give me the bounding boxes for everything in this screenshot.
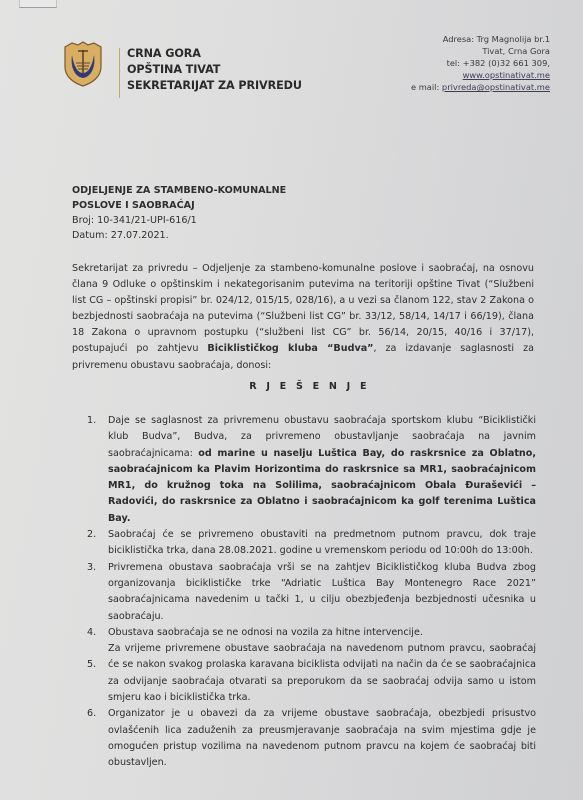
item-number: 5. [87, 657, 96, 673]
decision-item: 3. Privremena obustava saobraćaja vrši s… [87, 560, 536, 625]
item-text: Za vrijeme privremene obustave saobraćaj… [108, 643, 536, 703]
item-number: 3. [87, 560, 96, 576]
item-route-text: od marine u naselju Luštica Bay, do rask… [108, 448, 536, 524]
coat-of-arms-icon [62, 41, 104, 87]
phone-line: tel: +382 (0)32 661 309, [411, 57, 550, 69]
decision-item: 4. Obustava saobraćaja se ne odnosi na v… [87, 625, 536, 641]
document-meta: ODJELJENJE ZA STAMBENO-KOMUNALNE POSLOVE… [72, 183, 286, 243]
secretariat-name: SEKRETARIJAT ZA PRIVREDU [127, 78, 302, 94]
item-text: Saobraćaj će se privremeno obustaviti na… [108, 529, 536, 556]
item-number: 1. [87, 413, 96, 429]
country-name: CRNA GORA [127, 46, 302, 62]
item-number: 4. [87, 625, 96, 641]
city-line: Tivat, Crna Gora [411, 45, 550, 57]
decision-item: 1. Daje se saglasnost za privremenu obus… [87, 413, 536, 527]
item-text: Organizator je u obavezi da za vrijeme o… [108, 708, 536, 768]
decision-item: 6. Organizator je u obavezi da za vrijem… [87, 706, 536, 771]
reference-number: Broj: 10-341/21-UPI-616/1 [72, 213, 286, 228]
decision-item: 5. Za vrijeme privremene obustave saobra… [87, 641, 536, 706]
email-label: e mail: [411, 82, 442, 92]
document-page: CRNA GORA OPŠTINA TIVAT SEKRETARIJAT ZA … [0, 0, 583, 800]
staple-mark [19, 0, 57, 8]
document-date: Datum: 27.07.2021. [72, 228, 286, 243]
website-link[interactable]: www.opstinativat.me [463, 70, 550, 80]
item-text: Privremena obustava saobraćaja vrši se n… [108, 562, 536, 622]
header-divider [119, 48, 120, 98]
contact-block: Adresa: Trg Magnolija br.1 Tivat, Crna G… [411, 33, 550, 93]
municipality-name: OPŠTINA TIVAT [127, 62, 302, 78]
address-line: Adresa: Trg Magnolija br.1 [411, 33, 550, 45]
item-number: 2. [87, 527, 96, 543]
department-line-1: ODJELJENJE ZA STAMBENO-KOMUNALNE [72, 183, 286, 198]
decision-items: 1. Daje se saglasnost za privremenu obus… [87, 413, 536, 772]
applicant-name: Biciklističkog kluba “Budva” [207, 343, 373, 354]
issuer-block: CRNA GORA OPŠTINA TIVAT SEKRETARIJAT ZA … [127, 46, 302, 94]
department-line-2: POSLOVE I SAOBRAĆAJ [72, 198, 286, 213]
item-text: Obustava saobraćaja se ne odnosi na vozi… [108, 627, 423, 638]
preamble-text: Sekretarijat za privredu – Odjeljenje za… [72, 263, 534, 354]
item-number: 6. [87, 706, 96, 722]
email-link[interactable]: privreda@opstinativat.me [442, 82, 550, 92]
preamble-paragraph: Sekretarijat za privredu – Odjeljenje za… [72, 261, 534, 374]
decision-item: 2. Saobraćaj će se privremeno obustaviti… [87, 527, 536, 560]
decision-title: R J E Š E N J E [0, 381, 583, 392]
